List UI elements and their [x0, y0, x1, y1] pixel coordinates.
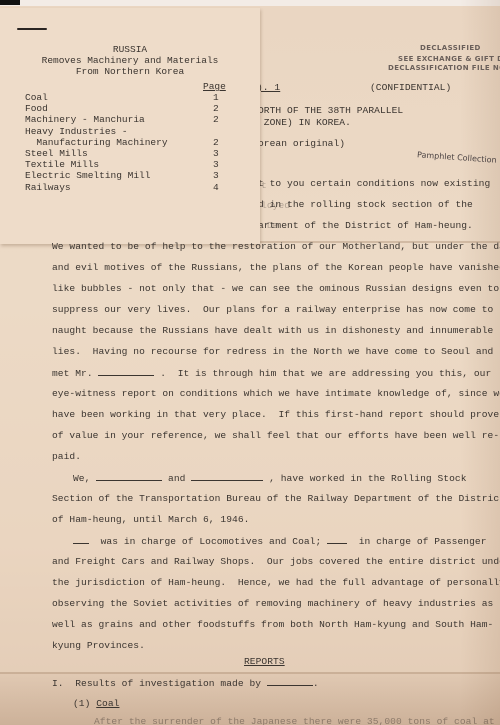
document-title-line: ZONE) IN KOREA.	[258, 117, 351, 128]
body-line: We, and , have worked in the Rolling Sto…	[73, 472, 467, 484]
toc-label: Steel Mills	[25, 148, 213, 159]
body-line: Section of the Transportation Bureau of …	[52, 493, 500, 504]
slip-subtitle: From Northern Korea	[0, 66, 260, 77]
table-of-contents: Coal1 Food2 Machinery - Manchuria2 Heavy…	[25, 92, 265, 193]
subitem-label: Coal	[96, 698, 119, 709]
report-item: I. Results of investigation made by .	[52, 677, 319, 689]
slip-title: RUSSIA	[0, 44, 260, 55]
redacted-name-blank	[98, 367, 154, 376]
toc-item: Steel Mills3	[25, 148, 265, 159]
toc-label: Food	[25, 103, 213, 114]
toc-page-header: Page	[203, 81, 226, 92]
toc-item: Railways4	[25, 182, 265, 193]
report-subitem: (1) Coal	[73, 698, 119, 709]
body-text: in charge of Passenger	[359, 536, 487, 547]
body-text: . It is through him that we are addressi…	[160, 368, 491, 379]
body-line: well as grains and other foodstuffs from…	[52, 619, 493, 630]
document-title-line: ORTH OF THE 38TH PARALLEL	[258, 105, 403, 116]
body-line: We wanted to be of help to the restorati…	[52, 241, 500, 252]
body-line: of Ham-heung, until March 6, 1946.	[52, 514, 249, 525]
body-text: met Mr.	[52, 368, 93, 379]
toc-page-number: 4	[213, 182, 233, 193]
toc-page-number: 3	[213, 159, 233, 170]
toc-page-number: 2	[213, 114, 233, 125]
body-line: met Mr. . It is through him that we are …	[52, 367, 491, 379]
toc-label: Heavy Industries -	[25, 126, 213, 137]
redacted-name-blank	[96, 472, 162, 481]
toc-item: Heavy Industries -	[25, 126, 265, 137]
body-line: the jurisdiction of Ham-heung. Hence, we…	[52, 577, 500, 588]
paper-top-edge	[0, 0, 500, 6]
toc-label: Electric Smelting Mill	[25, 170, 213, 181]
body-line: After the surrender of the Japanese ther…	[94, 716, 495, 725]
declassified-stamp-line: DECLASSIFICATION FILE NO. 3	[388, 64, 500, 72]
body-line: naught because the Russians have dealt w…	[52, 325, 493, 336]
body-line: suppress our very lives. Our plans for a…	[52, 304, 493, 315]
scan-corner	[0, 0, 20, 5]
toc-page-number	[213, 126, 233, 137]
toc-item: Machinery - Manchuria2	[25, 114, 265, 125]
body-text: We,	[73, 473, 90, 484]
toc-label: Textile Mills	[25, 159, 213, 170]
intro-line: t to you certain conditions now existing	[258, 178, 490, 189]
reports-heading: REPORTS	[244, 656, 285, 667]
toc-page-number: 3	[213, 170, 233, 181]
toc-item: Textile Mills3	[25, 159, 265, 170]
toc-label: Manufacturing Machinery	[25, 137, 213, 148]
body-text: .	[313, 678, 319, 689]
toc-item: Coal1	[25, 92, 265, 103]
body-line: kyung Provinces.	[52, 640, 145, 651]
body-text: , have worked in the Rolling Stock	[269, 473, 466, 484]
toc-page-number: 2	[213, 137, 233, 148]
declassified-stamp-line: DECLASSIFIED	[420, 44, 481, 52]
redacted-name-blank	[267, 677, 313, 686]
redacted-name-blank	[73, 535, 89, 544]
declassified-stamp-line: SEE EXCHANGE & GIFT DIV.	[398, 55, 500, 63]
body-line: observing the Soviet activities of remov…	[52, 598, 493, 609]
body-line: and evil motives of the Russians, the pl…	[52, 262, 500, 273]
redacted-name-blank	[191, 472, 263, 481]
body-line: lies. Having no recourse for redress in …	[52, 346, 493, 357]
toc-label: Machinery - Manchuria	[25, 114, 213, 125]
intro-line: artment of the District of Ham-heung.	[258, 220, 473, 231]
body-line: of value in your reference, we shall fee…	[52, 430, 499, 441]
slip-subtitle: Removes Machinery and Materials	[0, 55, 260, 66]
pen-mark	[17, 28, 47, 30]
intro-line: d in the rolling stock section of the	[258, 199, 473, 210]
toc-page-number: 3	[213, 148, 233, 159]
classification-label: (CONFIDENTIAL)	[370, 82, 451, 93]
toc-page-number: 2	[213, 103, 233, 114]
toc-item: Food2	[25, 103, 265, 114]
toc-item: Electric Smelting Mill3	[25, 170, 265, 181]
toc-page-number: 1	[213, 92, 233, 103]
subitem-number: (1)	[73, 698, 90, 709]
body-line: like bubbles - not only that - we can se…	[52, 283, 499, 294]
toc-label: Railways	[25, 182, 213, 193]
body-text: and	[168, 473, 185, 484]
stamp-file-label: DECLASSIFICATION FILE NO.	[388, 64, 500, 72]
translation-note: orean original)	[258, 138, 345, 149]
body-line: and Freight Cars and Railway Shops. Our …	[52, 556, 500, 567]
body-line: have been working in that very place. If…	[52, 409, 499, 420]
body-text: was in charge of Locomotives and Coal;	[101, 536, 322, 547]
body-text: I. Results of investigation made by	[52, 678, 261, 689]
body-line: paid.	[52, 451, 81, 462]
body-line: was in charge of Locomotives and Coal; i…	[73, 535, 487, 547]
toc-item: Manufacturing Machinery2	[25, 137, 265, 148]
redacted-name-blank	[327, 535, 347, 544]
paper-edge-shadow	[460, 0, 500, 725]
body-line: eye-witness report on conditions which w…	[52, 388, 500, 399]
toc-label: Coal	[25, 92, 213, 103]
document-page: EYE WITNESS REPORT FROM N RUSSIAN OCCUPA…	[0, 0, 500, 725]
